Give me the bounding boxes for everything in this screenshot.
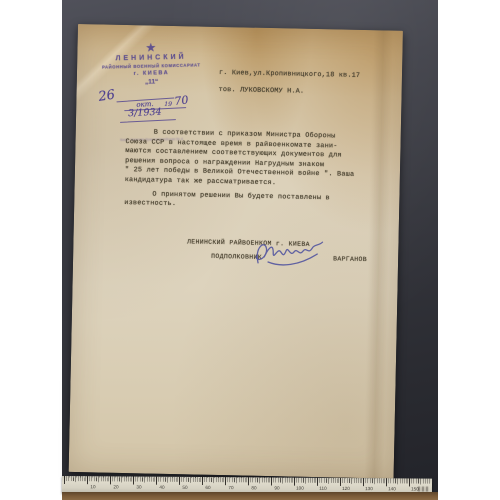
handwritten-stroke <box>120 119 176 123</box>
ruler-number: 80 <box>242 485 265 490</box>
ruler-number: 100 <box>288 485 311 490</box>
handwritten-doc-number: 3/1934 <box>128 107 162 120</box>
handwritten-day: 26 <box>97 87 116 104</box>
stamp-org-line1: ЛЕНИНСКИЙ <box>91 53 211 63</box>
military-commissariat-stamp: ★ ЛЕНИНСКИЙ РАЙОННЫЙ ВОЕННЫЙ КОМИССАРИАТ… <box>91 40 212 87</box>
letter-body: В соответствии с приказом Министра Оборо… <box>124 128 394 214</box>
ruler-number: 130 <box>357 486 380 491</box>
ruler-number: 20 <box>104 484 127 489</box>
ruler-brand-smudge <box>418 486 430 491</box>
ruler-number: 70 <box>219 485 242 490</box>
ruler-number: 10 <box>81 484 104 489</box>
ruler-number: 40 <box>150 484 173 489</box>
page-background: ★ ЛЕНИНСКИЙ РАЙОННЫЙ ВОЕННЫЙ КОМИССАРИАТ… <box>0 0 500 500</box>
ruler-number: 50 <box>173 484 196 489</box>
ruler-numbers: 102030405060708090100110120130140150 <box>81 484 426 491</box>
ruler-number: 120 <box>334 485 357 490</box>
ruler-number: 60 <box>196 484 219 489</box>
ruler-number: 30 <box>127 484 150 489</box>
ruler-number: 90 <box>265 485 288 490</box>
handwritten-year: 70 <box>174 93 189 108</box>
ink-signature <box>249 236 332 280</box>
signoff-surname: ВАРГАНОВ <box>333 255 367 263</box>
table-surface <box>62 492 438 500</box>
ruler-number: 110 <box>311 485 334 490</box>
photo-black-backdrop: ★ ЛЕНИНСКИЙ РАЙОННЫЙ ВОЕННЫЙ КОМИССАРИАТ… <box>62 0 438 500</box>
recipient-address: г. Киев,ул.Кропивницкого,18 кв.17 <box>219 69 399 81</box>
ruler-number: 140 <box>380 486 403 491</box>
document-paper: ★ ЛЕНИНСКИЙ РАЙОННЫЙ ВОЕННЫЙ КОМИССАРИАТ… <box>69 24 403 479</box>
recipient-block: г. Киев,ул.Кропивницкого,18 кв.17 тов. Л… <box>219 69 399 98</box>
